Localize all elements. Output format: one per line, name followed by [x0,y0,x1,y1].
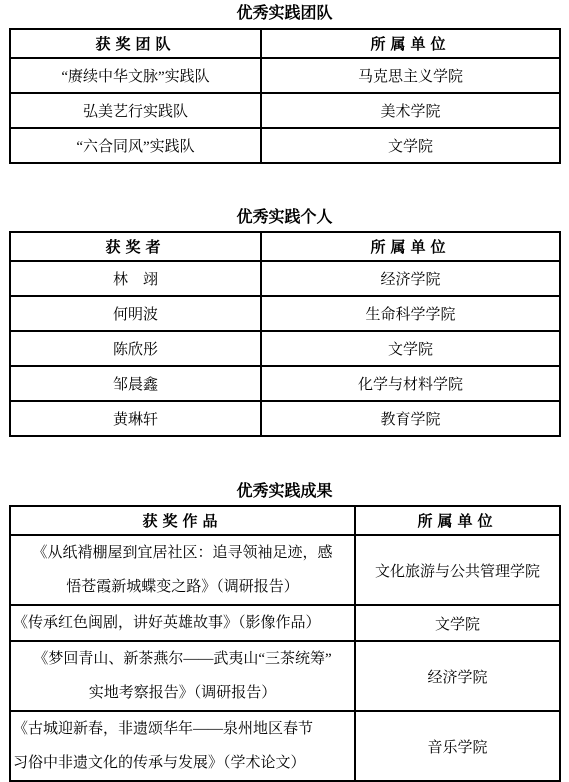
section-title-individuals: 优秀实践个人 [0,207,569,229]
table-row: 《古城迎新春，非遗颂华年——泉州地区春节 习俗中非遗文化的传承与发展》（学术论文… [10,711,560,781]
individuals-table: 获奖者 所属单位 林 翊 经济学院 何明波 生命科学学院 陈欣彤 文学院 邹晨鑫… [9,231,561,437]
winner-name-cell: 黄琳轩 [10,401,261,436]
achievements-header-row: 获奖作品 所属单位 [10,506,560,535]
table-row: 《从纸褙棚屋到宜居社区：追寻领袖足迹，感 悟苍霞新城蝶变之路》（调研报告） 文化… [10,535,560,605]
winner-name-cell: 邹晨鑫 [10,366,261,401]
unit-cell: 马克思主义学院 [261,58,560,93]
unit-cell: 文化旅游与公共管理学院 [355,535,560,605]
column-header-unit: 所属单位 [355,506,560,535]
winner-name-cell: 林 翊 [10,261,261,296]
winner-name-cell: 陈欣彤 [10,331,261,366]
column-header-unit: 所属单位 [261,232,560,261]
table-row: 《传承红色闽剧，讲好英雄故事》（影像作品） 文学院 [10,605,560,641]
column-header-team: 获奖团队 [10,29,261,58]
section-title-teams: 优秀实践团队 [0,3,569,25]
section-title-achievements: 优秀实践成果 [0,481,569,503]
table-row: 何明波 生命科学学院 [10,296,560,331]
work-title-cell: 《古城迎新春，非遗颂华年——泉州地区春节 习俗中非遗文化的传承与发展》（学术论文… [10,711,355,781]
work-title-cell: 《从纸褙棚屋到宜居社区：追寻领袖足迹，感 悟苍霞新城蝶变之路》（调研报告） [10,535,355,605]
team-name-cell: 弘美艺行实践队 [10,93,261,128]
unit-cell: 文学院 [355,605,560,641]
table-row: “赓续中华文脉”实践队 马克思主义学院 [10,58,560,93]
table-row: 弘美艺行实践队 美术学院 [10,93,560,128]
table-row: 黄琳轩 教育学院 [10,401,560,436]
table-row: 陈欣彤 文学院 [10,331,560,366]
unit-cell: 生命科学学院 [261,296,560,331]
column-header-unit: 所属单位 [261,29,560,58]
unit-cell: 文学院 [261,331,560,366]
unit-cell: 经济学院 [261,261,560,296]
column-header-winner: 获奖者 [10,232,261,261]
team-name-cell: “六合同风”实践队 [10,128,261,163]
awards-document: 优秀实践团队 获奖团队 所属单位 “赓续中华文脉”实践队 马克思主义学院 弘美艺… [0,3,569,782]
teams-table: 获奖团队 所属单位 “赓续中华文脉”实践队 马克思主义学院 弘美艺行实践队 美术… [9,28,561,164]
unit-cell: 音乐学院 [355,711,560,781]
achievements-table: 获奖作品 所属单位 《从纸褙棚屋到宜居社区：追寻领袖足迹，感 悟苍霞新城蝶变之路… [9,505,561,782]
team-name-cell: “赓续中华文脉”实践队 [10,58,261,93]
teams-header-row: 获奖团队 所属单位 [10,29,560,58]
table-row: 林 翊 经济学院 [10,261,560,296]
table-row: 邹晨鑫 化学与材料学院 [10,366,560,401]
individuals-header-row: 获奖者 所属单位 [10,232,560,261]
column-header-work: 获奖作品 [10,506,355,535]
table-row: 《梦回青山、新茶燕尔——武夷山“三茶统筹” 实地考察报告》（调研报告） 经济学院 [10,641,560,711]
winner-name-cell: 何明波 [10,296,261,331]
work-title-cell: 《梦回青山、新茶燕尔——武夷山“三茶统筹” 实地考察报告》（调研报告） [10,641,355,711]
work-title-cell: 《传承红色闽剧，讲好英雄故事》（影像作品） [10,605,355,641]
unit-cell: 经济学院 [355,641,560,711]
unit-cell: 文学院 [261,128,560,163]
unit-cell: 化学与材料学院 [261,366,560,401]
table-row: “六合同风”实践队 文学院 [10,128,560,163]
unit-cell: 美术学院 [261,93,560,128]
unit-cell: 教育学院 [261,401,560,436]
